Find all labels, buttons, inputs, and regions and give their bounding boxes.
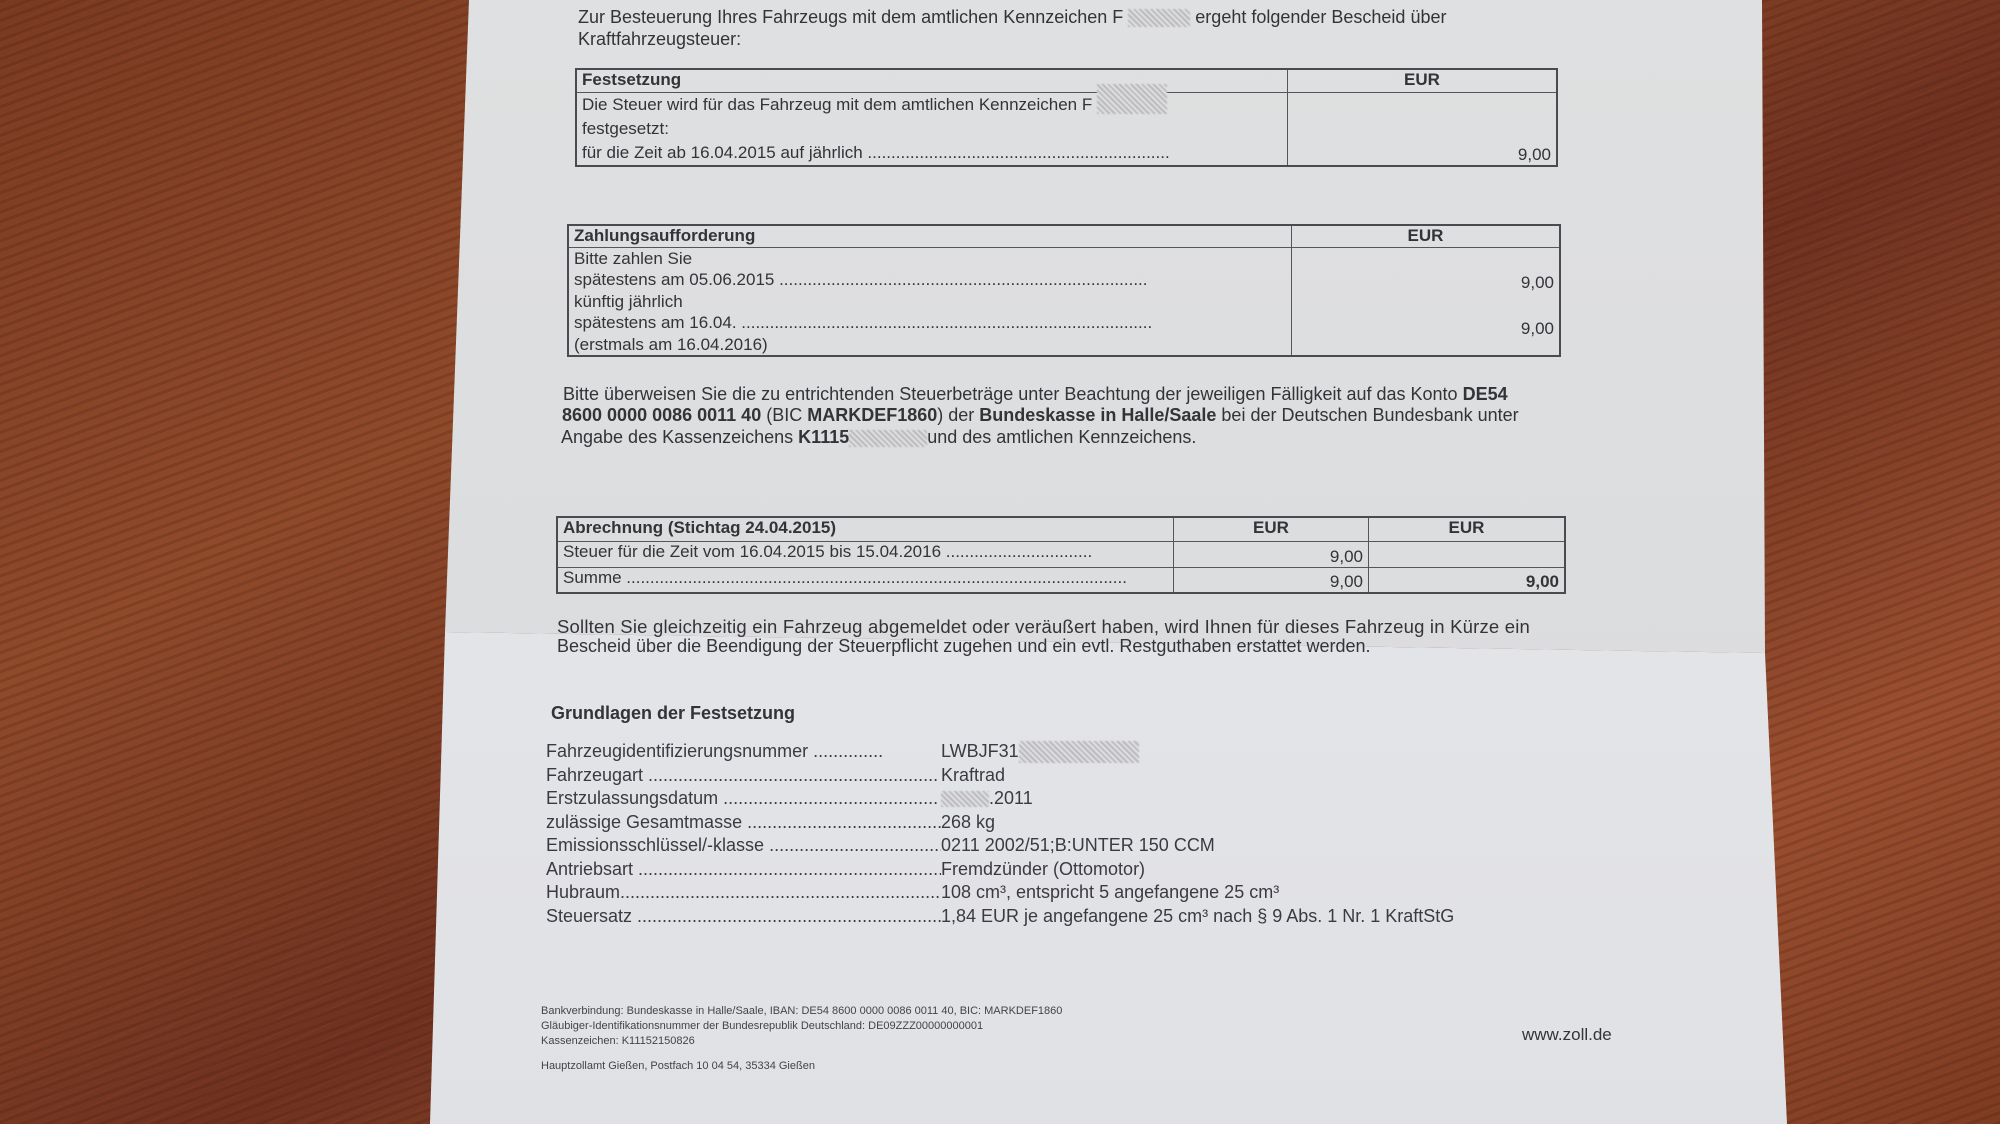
redacted-vin: [1019, 741, 1139, 763]
zahlung-amount-1: 9,00: [1297, 272, 1554, 294]
list-item: Fahrzeugidentifizierungsnummer .........…: [546, 741, 1454, 765]
festsetzung-line-1: Die Steuer wird für das Fahrzeug mit dem…: [582, 93, 1282, 117]
bic-label: (BIC: [761, 405, 807, 425]
festsetzung-line-3: für die Zeit ab 16.04.2015 auf jährlich …: [582, 141, 1282, 165]
zahlung-line-5: (erstmals am 16.04.2016): [574, 334, 1286, 356]
list-item: Erstzulassungsdatum ....................…: [546, 788, 1454, 812]
grundlagen-list: Fahrzeugidentifizierungsnummer .........…: [546, 741, 1454, 929]
field-label: Emissionsschlüssel/-klasse .............…: [546, 835, 941, 859]
field-value: .2011: [941, 788, 1033, 812]
table-row: Die Steuer wird für das Fahrzeug mit dem…: [576, 92, 1557, 166]
intro-text-b: ergeht folgender Bescheid über: [1195, 7, 1446, 27]
field-label: Fahrzeugidentifizierungsnummer .........…: [546, 741, 941, 765]
table-header-row: Zahlungsaufforderung EUR: [568, 225, 1560, 247]
field-value: 268 kg: [941, 812, 995, 836]
festsetzung-table: Festsetzung EUR Die Steuer wird für das …: [575, 68, 1558, 167]
redacted-date: [941, 791, 989, 807]
bic-value: MARKDEF1860: [807, 405, 937, 425]
field-label: zulässige Gesamtmasse ..................…: [546, 812, 941, 836]
list-item: Emissionsschlüssel/-klasse .............…: [546, 835, 1454, 859]
zahlung-line-1: Bitte zahlen Sie: [574, 248, 1286, 270]
zahlung-table: Zahlungsaufforderung EUR Bitte zahlen Si…: [567, 224, 1561, 357]
festsetzung-header: Festsetzung: [576, 69, 1288, 92]
registration-year: .2011: [989, 788, 1033, 808]
field-value: LWBJF31: [941, 741, 1139, 765]
zahlung-amount-2: 9,00: [1297, 318, 1554, 340]
table-row: Bitte zahlen Sie spätestens am 05.06.201…: [568, 247, 1560, 356]
redacted-plate: [1128, 9, 1190, 27]
field-label: Hubraum.................................…: [546, 882, 941, 906]
field-label: Fahrzeugart ............................…: [546, 765, 941, 789]
iban-start: DE54: [1463, 384, 1508, 404]
list-item: Steuersatz .............................…: [546, 906, 1454, 930]
payment-note-text: Bitte überweisen Sie die zu entrichtende…: [563, 384, 1458, 404]
table-row: Summe ..................................…: [557, 567, 1565, 593]
footer-kassenzeichen: Kassenzeichen: K11152150826: [541, 1034, 1062, 1049]
field-value: 0211 2002/51;B:UNTER 150 CCM: [941, 835, 1215, 859]
payment-note-text: bei der Deutschen Bundesbank unter: [1216, 405, 1518, 425]
tax-notice-paper: Zur Besteuerung Ihres Fahrzeugs mit dem …: [0, 0, 2000, 1124]
abrechnung-sum-amount: 9,00: [1174, 567, 1369, 593]
zahlung-line-2: spätestens am 05.06.2015 ...............…: [574, 269, 1286, 291]
intro-text-a: Zur Besteuerung Ihres Fahrzeugs mit dem …: [578, 7, 1123, 27]
field-value: Kraftrad: [941, 765, 1005, 789]
payment-note-line-2: 8600 0000 0086 0011 40 (BIC MARKDEF1860)…: [562, 405, 1519, 426]
footer-website-link[interactable]: www.zoll.de: [1522, 1025, 1612, 1045]
abrechnung-row-1-label: Steuer für die Zeit vom 16.04.2015 bis 1…: [563, 542, 1168, 562]
abrechnung-header: Abrechnung (Stichtag 24.04.2015): [557, 517, 1174, 541]
footer-bank: Bankverbindung: Bundeskasse in Halle/Saa…: [541, 1004, 1062, 1019]
list-item: zulässige Gesamtmasse ..................…: [546, 812, 1454, 836]
closing-note-line-1: Sollten Sie gleichzeitig ein Fahrzeug ab…: [557, 616, 1530, 638]
empty-cell: [1369, 541, 1566, 567]
closing-note-line-2: Bescheid über die Beendigung der Steuerp…: [557, 636, 1371, 657]
zahlung-line-4: spätestens am 16.04. ...................…: [574, 312, 1286, 334]
vin-prefix: LWBJF31: [941, 741, 1019, 761]
intro-line-1: Zur Besteuerung Ihres Fahrzeugs mit dem …: [578, 7, 1446, 28]
abrechnung-total: 9,00: [1369, 567, 1566, 593]
festsetzung-amount: 9,00: [1288, 92, 1558, 166]
currency-header-1: EUR: [1174, 517, 1369, 541]
field-label: Antriebsart ............................…: [546, 859, 941, 883]
table-header-row: Festsetzung EUR: [576, 69, 1557, 92]
festsetzung-line-1-text: Die Steuer wird für das Fahrzeug mit dem…: [582, 95, 1092, 114]
zahlung-header: Zahlungsaufforderung: [568, 225, 1292, 247]
list-item: Antriebsart ............................…: [546, 859, 1454, 883]
footer-creditor-id: Gläubiger-Identifikationsnummer der Bund…: [541, 1019, 1062, 1034]
payment-note-text: und des amtlichen Kennzeichens.: [927, 427, 1196, 447]
abrechnung-row-1-amount: 9,00: [1174, 541, 1369, 567]
zahlung-line-3: künftig jährlich: [574, 291, 1286, 313]
currency-header-2: EUR: [1369, 517, 1566, 541]
payment-note-text: Angabe des Kassenzeichens: [561, 427, 798, 447]
field-value: Fremdzünder (Ottomotor): [941, 859, 1145, 883]
table-header-row: Abrechnung (Stichtag 24.04.2015) EUR EUR: [557, 517, 1565, 541]
kassenzeichen: K1115: [798, 427, 849, 447]
iban-rest: 8600 0000 0086 0011 40: [562, 405, 761, 425]
currency-header: EUR: [1288, 69, 1558, 92]
abrechnung-sum-label: Summe ..................................…: [563, 568, 1168, 588]
field-label: Erstzulassungsdatum ....................…: [546, 788, 941, 812]
payee-name: Bundeskasse in Halle/Saale: [979, 405, 1216, 425]
festsetzung-line-2: festgesetzt:: [582, 117, 1282, 141]
abrechnung-table: Abrechnung (Stichtag 24.04.2015) EUR EUR…: [556, 516, 1566, 594]
redacted-kassenzeichen: [849, 430, 927, 447]
currency-header: EUR: [1292, 225, 1561, 247]
payment-note-text: ) der: [937, 405, 979, 425]
table-row: Steuer für die Zeit vom 16.04.2015 bis 1…: [557, 541, 1565, 567]
field-value: 1,84 EUR je angefangene 25 cm³ nach § 9 …: [941, 906, 1454, 930]
footer-bank-info: Bankverbindung: Bundeskasse in Halle/Saa…: [541, 1004, 1062, 1074]
payment-note-line-1: Bitte überweisen Sie die zu entrichtende…: [563, 384, 1508, 405]
list-item: Fahrzeugart ............................…: [546, 765, 1454, 789]
list-item: Hubraum.................................…: [546, 882, 1454, 906]
footer-office: Hauptzollamt Gießen, Postfach 10 04 54, …: [541, 1059, 1062, 1074]
payment-note-line-3: Angabe des Kassenzeichens K1115und des a…: [561, 427, 1196, 448]
redacted-plate: [1097, 84, 1167, 114]
field-label: Steuersatz .............................…: [546, 906, 941, 930]
grundlagen-title: Grundlagen der Festsetzung: [551, 703, 795, 724]
intro-line-2: Kraftfahrzeugsteuer:: [578, 29, 741, 50]
field-value: 108 cm³, entspricht 5 angefangene 25 cm³: [941, 882, 1279, 906]
